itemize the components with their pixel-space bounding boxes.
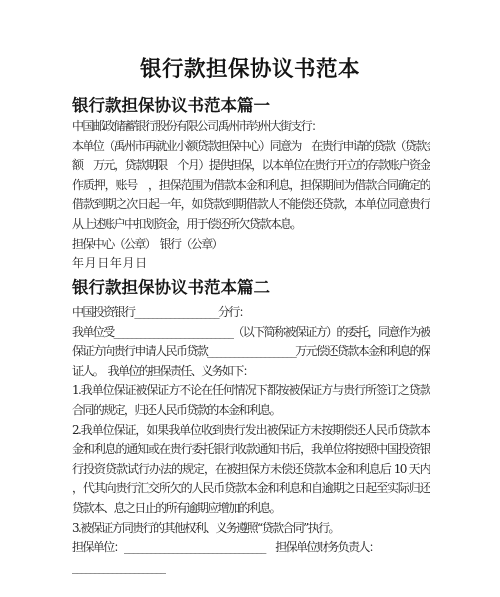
section-1-heading: 银行款担保协议书范本篇一 xyxy=(72,95,452,117)
doc-title: 银行款担保协议书范本 xyxy=(0,55,500,85)
doc-line: 借款到期之次日起一年，如贷款到期借款人不能偿还贷款，本单位同意贵行 xyxy=(72,195,430,215)
doc-line: 证人。 我单位的担保责任、义务如下： xyxy=(72,362,430,382)
doc-line: 1.我单位保证被保证方不论在任何情况下都按被保证方与贵行所签订之贷款 xyxy=(72,381,430,401)
doc-line: 我单位受___________________________（以下简称被保证方… xyxy=(72,323,430,343)
doc-line: 行投资贷款试行办法的规定，在被担保方未偿还贷款本金和利息后 10 天内 xyxy=(72,460,430,480)
section-2-heading: 银行款担保协议书范本篇二 xyxy=(72,277,452,299)
doc-line: 中国邮政储蓄银行股份有限公司禹州市钧州大街支行： xyxy=(72,117,430,137)
doc-line: 中国投资银行___________________分行： xyxy=(72,303,430,323)
doc-line: 贷款本、息之日止的所有逾期应增加的利息。 xyxy=(72,499,430,519)
doc-line: 年 月 日 年 月 日 xyxy=(72,254,430,274)
section-2-body: 中国投资银行___________________分行： 我单位受_______… xyxy=(72,303,430,577)
doc-line: 保证方向贵行申请人民币贷款____________________万元偿还贷款本… xyxy=(72,342,430,362)
doc-line: 从上述账户中扣划资金，用于偿还所欠贷款本息。 xyxy=(72,215,430,235)
doc-line: 担保中心（公章） 银行（公章） xyxy=(72,235,430,255)
doc-line signature-underline: _____________________ xyxy=(72,558,430,578)
doc-line: 3.被保证方同贵行的其他权利、义务遵照“贷款合同”执行。 xyxy=(72,519,430,539)
doc-line: 额 万元，贷款期限 个月）提供担保，以本单位在贵行开立的存款账户资金 xyxy=(72,156,430,176)
doc-line: 本单位（禹州市再就业小额贷款担保中心）同意为 在贵行申请的贷款（贷款金 xyxy=(72,137,430,157)
doc-line: 作质押，账号 ，担保范围为借款本金和利息，担保期间为借款合同确定的 xyxy=(72,176,430,196)
doc-line: ，代其向贵行汇交所欠的人民币贷款本金和利息和自逾期之日起至实际归还 xyxy=(72,479,430,499)
doc-line: 合同的规定，归还人民币贷款的本金和利息。 xyxy=(72,401,430,421)
doc-line: 金和利息的通知或在贵行委托银行收款通知书后，我单位将按照中国投资银 xyxy=(72,440,430,460)
doc-line: 担保单位：________________________________ 担保… xyxy=(72,538,430,558)
section-1-body: 中国邮政储蓄银行股份有限公司禹州市钧州大街支行： 本单位（禹州市再就业小额贷款担… xyxy=(72,117,430,274)
document-page: 银行款担保协议书范本 银行款担保协议书范本篇一 中国邮政储蓄银行股份有限公司禹州… xyxy=(0,0,500,597)
doc-line: 2.我单位保证，如果我单位收到贵行发出被保证方未按期偿还人民币贷款本 xyxy=(72,421,430,441)
